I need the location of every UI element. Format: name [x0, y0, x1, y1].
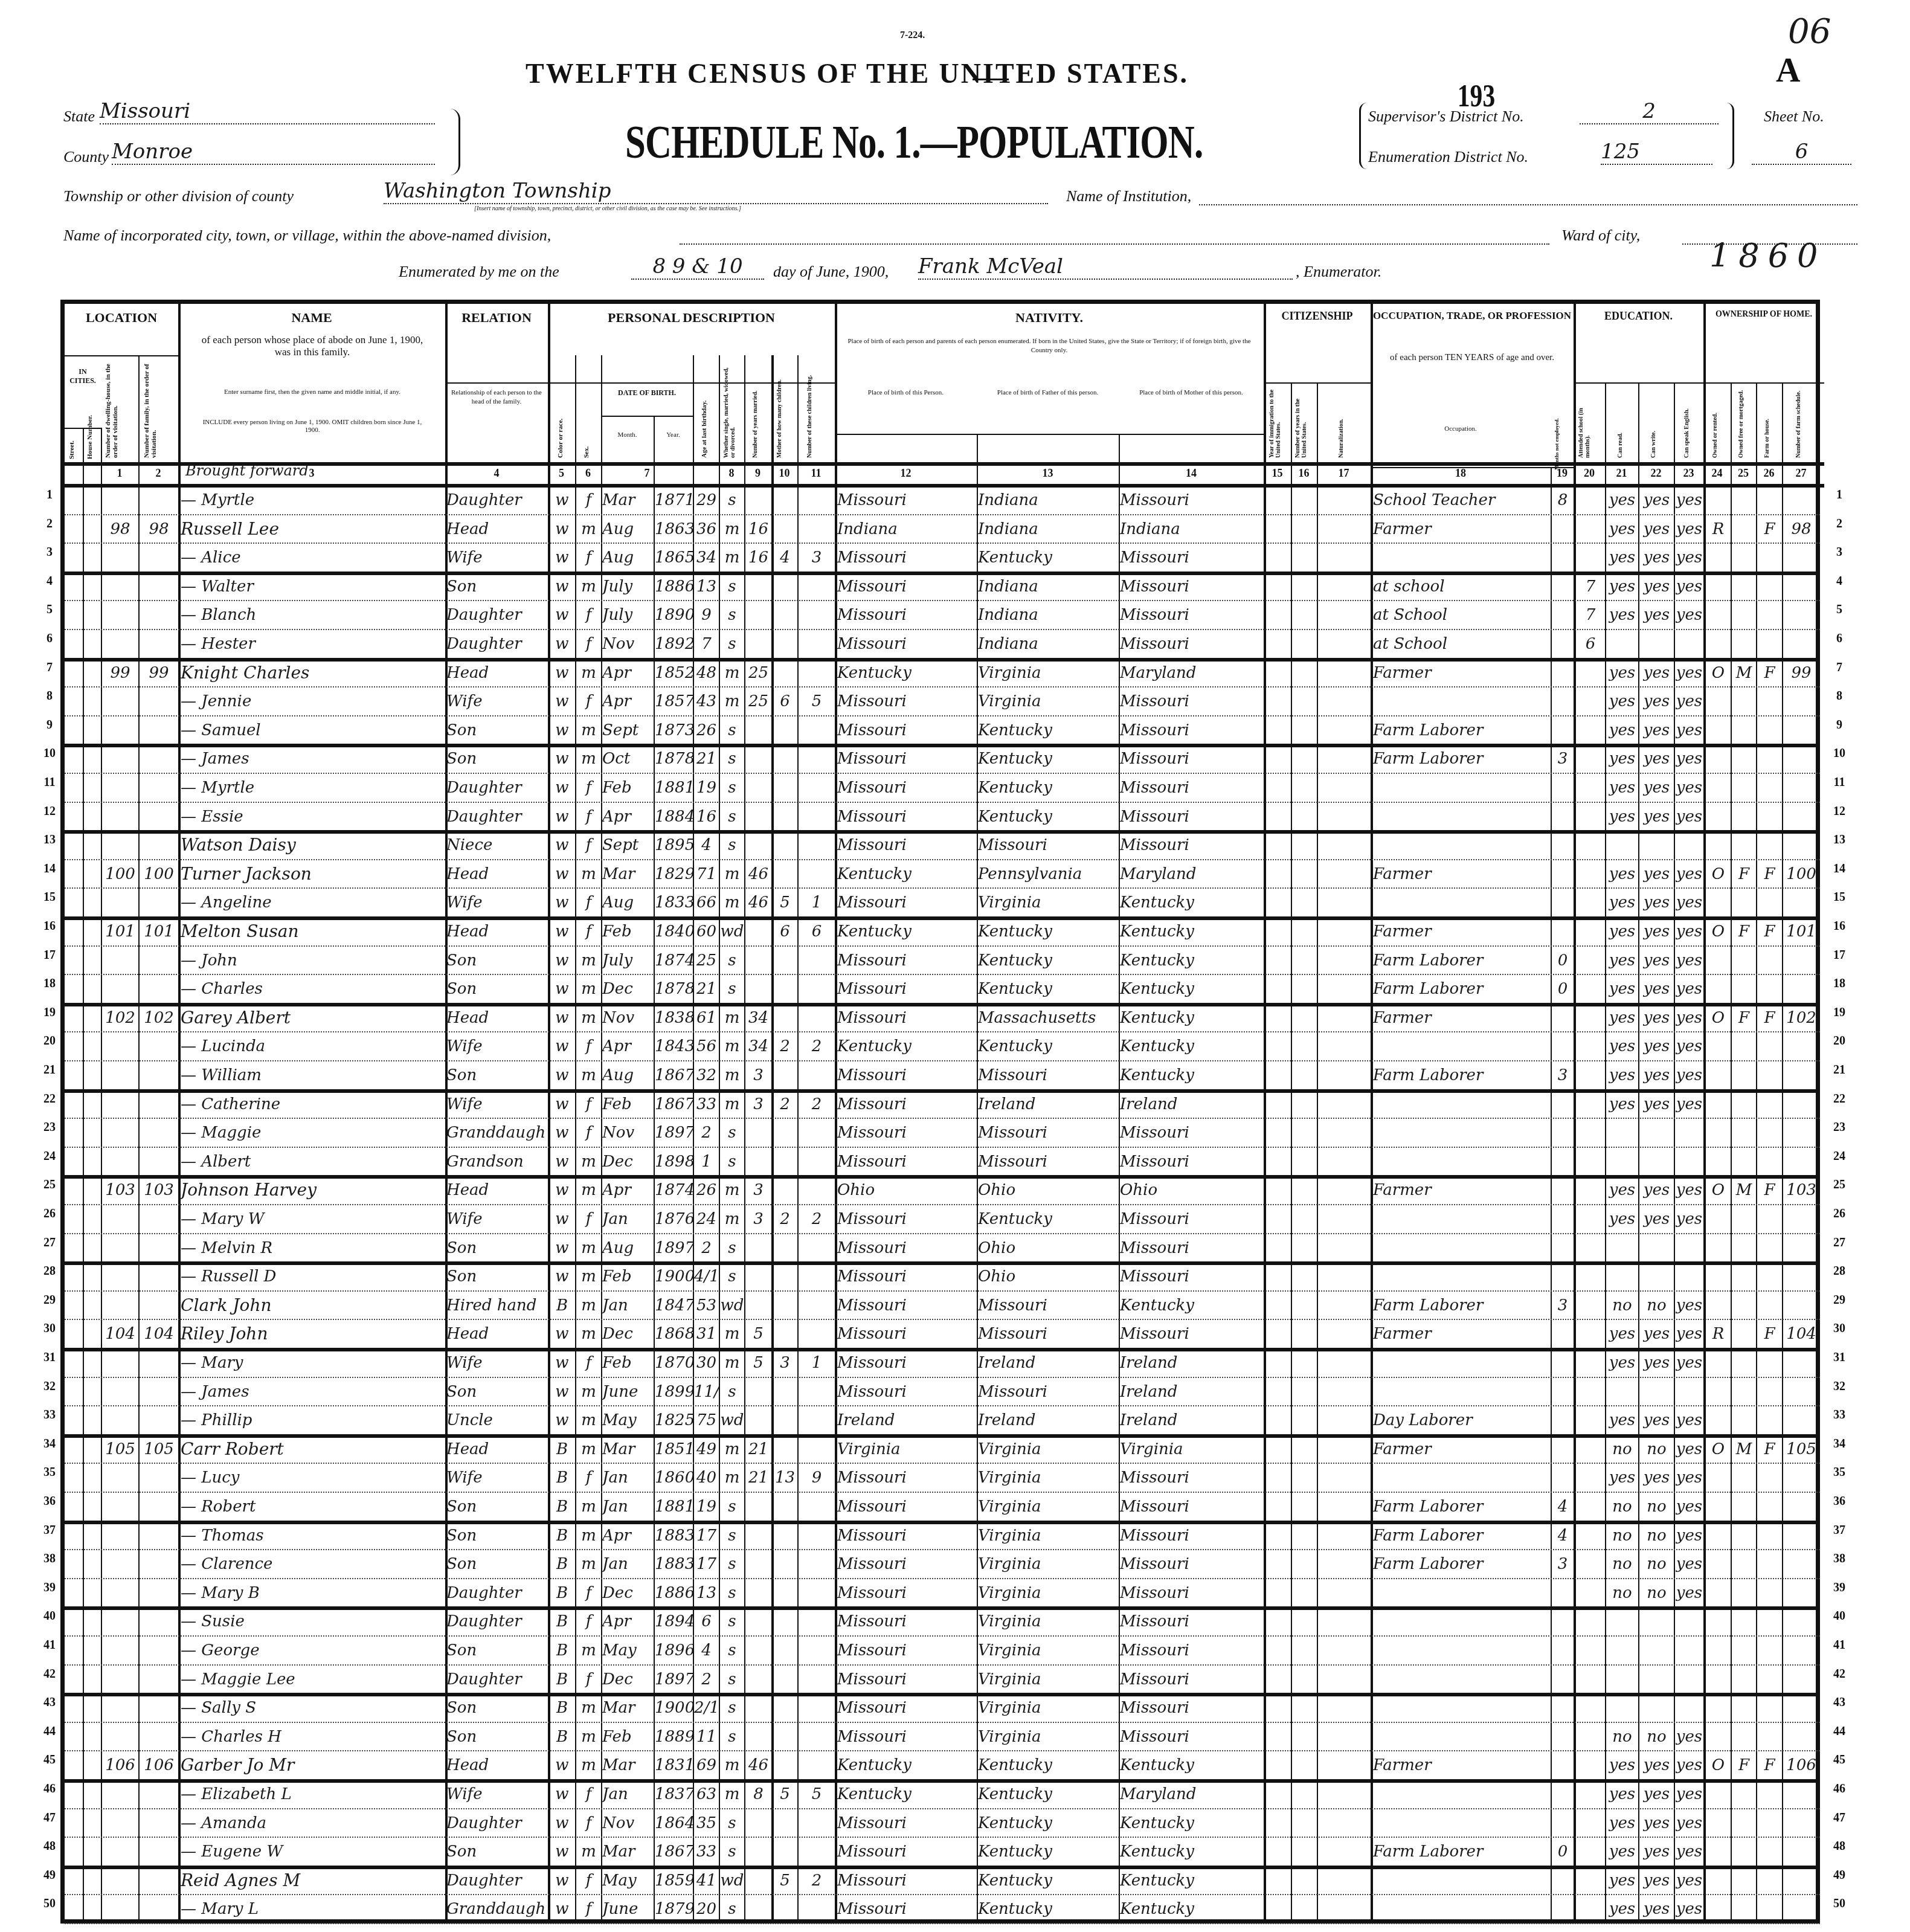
marital-status: s: [720, 949, 744, 973]
family-number: [140, 1208, 178, 1232]
free-mortgaged: [1732, 719, 1756, 743]
color-race: w: [549, 1409, 575, 1433]
sex: f: [576, 834, 601, 858]
can-write: yes: [1639, 1840, 1674, 1864]
birthplace-mother: Missouri: [1120, 1265, 1264, 1289]
column-number: 18: [1371, 467, 1551, 480]
carryover-note: Brought forward: [185, 462, 309, 479]
farm-house: [1757, 1409, 1782, 1433]
birth-year: 1871: [655, 489, 693, 513]
months-not-employed: [1552, 1237, 1574, 1261]
age: 4: [694, 1639, 719, 1663]
table-row: — HesterDaughterwfNov18927sMissouriIndia…: [65, 629, 1816, 658]
marital-status: m: [720, 1006, 744, 1031]
birthplace-father: Virginia: [978, 1495, 1119, 1519]
attended-school: [1576, 1179, 1605, 1203]
can-read: yes: [1606, 489, 1638, 513]
birthplace-father: Kentucky: [978, 1783, 1119, 1807]
dwelling-number-heading: Number of dwelling-house, in the order o…: [105, 361, 135, 458]
farm-schedule-number: 105: [1783, 1438, 1819, 1462]
person-name: — Lucy: [181, 1466, 444, 1490]
group-in-cities: IN CITIES.: [65, 367, 101, 385]
sex: m: [576, 1237, 601, 1261]
family-number: [140, 1812, 178, 1836]
mother-of-children: [773, 1006, 797, 1031]
line-number: 48: [37, 1840, 62, 1853]
color-race: w: [549, 1064, 575, 1088]
birthplace-person: Missouri: [837, 891, 977, 915]
header-rule: [65, 428, 101, 429]
attended-school: [1576, 1524, 1605, 1548]
state-field: State Missouri: [63, 108, 441, 126]
birth-month: Apr: [602, 805, 654, 829]
birthplace-father: Kentucky: [978, 747, 1119, 771]
table-row: Watson DaisyNiecewfSept18954sMissouriMis…: [65, 830, 1816, 859]
birth-year: 1847: [655, 1294, 693, 1318]
can-read: [1606, 1668, 1638, 1692]
can-read: [1606, 1150, 1638, 1174]
birth-year: 1879: [655, 1898, 693, 1922]
line-number: 25: [1827, 1178, 1851, 1192]
birth-month: Feb: [602, 1351, 654, 1376]
color-race: B: [549, 1495, 575, 1519]
line-number: 49: [1827, 1869, 1851, 1882]
line-number: 21: [37, 1063, 62, 1077]
occupation: [1373, 1237, 1551, 1261]
dwelling-number: 106: [102, 1754, 138, 1778]
can-speak-english: yes: [1675, 1840, 1703, 1864]
marital-status: s: [720, 1725, 744, 1750]
relation: Daughter: [446, 604, 547, 628]
line-number: 29: [1827, 1293, 1851, 1307]
children-living: 5: [799, 1783, 835, 1807]
person-name: — Hester: [181, 633, 444, 657]
table-row: — Melvin RSonwmAug18972sMissouriOhioMiss…: [65, 1233, 1816, 1262]
farm-house: [1757, 546, 1782, 570]
line-number: 4: [1827, 575, 1851, 588]
column-number: 23: [1674, 467, 1703, 480]
can-read: yes: [1606, 546, 1638, 570]
person-name: — William: [181, 1064, 444, 1088]
line-number: 48: [1827, 1840, 1851, 1853]
table-row: — JamesSonwmJune189911/12sMissouriMissou…: [65, 1377, 1816, 1406]
table-row: — CatherineWifewfFeb186733m322MissouriIr…: [65, 1089, 1816, 1118]
occupation: Farm Laborer: [1373, 1495, 1551, 1519]
family-number: [140, 1582, 178, 1606]
dwelling-number: [102, 1696, 138, 1721]
color-race: w: [549, 863, 575, 887]
months-not-employed: [1552, 1639, 1574, 1663]
months-not-employed: [1552, 1898, 1574, 1922]
age: 61: [694, 1006, 719, 1031]
birthplace-mother: Missouri: [1120, 1208, 1264, 1232]
can-read: yes: [1606, 747, 1638, 771]
can-write: yes: [1639, 719, 1674, 743]
birth-month: Apr: [602, 1610, 654, 1634]
birthplace-father: Missouri: [978, 1064, 1119, 1088]
occupation: [1373, 1725, 1551, 1750]
birthplace-father: Kentucky: [978, 805, 1119, 829]
marital-status: s: [720, 633, 744, 657]
months-not-employed: 4: [1552, 1495, 1574, 1519]
marital-status: m: [720, 1208, 744, 1232]
column-number: 19: [1551, 467, 1574, 480]
dwelling-number: 100: [102, 863, 138, 887]
occupation: Farm Laborer: [1373, 747, 1551, 771]
months-not-employed: [1552, 1582, 1574, 1606]
birthplace-person: Missouri: [837, 690, 977, 714]
owned-rented: [1706, 690, 1731, 714]
sex-heading: Sex.: [583, 437, 590, 458]
birthplace-mother: Missouri: [1120, 719, 1264, 743]
birthplace-father: Virginia: [978, 1524, 1119, 1548]
mother-of-children: 2: [773, 1035, 797, 1059]
family-number: [140, 1093, 178, 1117]
sex: f: [576, 1898, 601, 1922]
years-married: 25: [745, 662, 771, 686]
birthplace-father: Ireland: [978, 1351, 1119, 1376]
family-number: [140, 891, 178, 915]
color-race: B: [549, 1668, 575, 1692]
can-write: yes: [1639, 891, 1674, 915]
city-row: Name of incorporated city, town, or vill…: [63, 227, 1857, 245]
can-read: [1606, 1265, 1638, 1289]
occupation: [1373, 546, 1551, 570]
years-married: [745, 1121, 771, 1145]
column-number: 26: [1756, 467, 1782, 480]
farm-house: F: [1757, 1754, 1782, 1778]
color-race: B: [549, 1524, 575, 1548]
owned-rented: [1706, 891, 1731, 915]
occupation: [1373, 1121, 1551, 1145]
months-not-employed: [1552, 518, 1574, 542]
attended-school: [1576, 1380, 1605, 1405]
occupation: Farmer: [1373, 1322, 1551, 1347]
color-race: B: [549, 1582, 575, 1606]
line-number: 4: [37, 575, 62, 588]
birthplace-father: Kentucky: [978, 719, 1119, 743]
birth-year: 1829: [655, 863, 693, 887]
line-number: 16: [37, 919, 62, 933]
line-number: 45: [1827, 1753, 1851, 1767]
children-living: [799, 863, 835, 887]
can-speak-english: [1675, 1150, 1703, 1174]
table-row: — Russell DSonwmFeb19004/12sMissouriOhio…: [65, 1261, 1816, 1290]
birthplace-father: Kentucky: [978, 1812, 1119, 1836]
color-race: w: [549, 1150, 575, 1174]
age: 21: [694, 977, 719, 1002]
enumerator-name: Frank McVeal: [918, 254, 1293, 280]
can-read: no: [1606, 1553, 1638, 1577]
farm-schedule-number: [1783, 546, 1819, 570]
mother-of-children: [773, 747, 797, 771]
sex: f: [576, 1869, 601, 1893]
family-number: [140, 1380, 178, 1405]
attended-school: [1576, 977, 1605, 1002]
line-number: 46: [37, 1782, 62, 1796]
person-name: — Clarence: [181, 1553, 444, 1577]
birthplace-father: Kentucky: [978, 920, 1119, 944]
supervisor-value: 2: [1580, 99, 1719, 124]
children-living: 3: [799, 546, 835, 570]
birthplace-person: Missouri: [837, 1294, 977, 1318]
birth-month: Dec: [602, 1150, 654, 1174]
children-living: [799, 1696, 835, 1721]
mother-of-children: 13: [773, 1466, 797, 1490]
relation: Daughter: [446, 633, 547, 657]
column-number: 5: [548, 467, 575, 480]
enumerated-day: 8 9 & 10: [631, 254, 764, 280]
sex: f: [576, 690, 601, 714]
years-married: 21: [745, 1466, 771, 1490]
attended-school: [1576, 1668, 1605, 1692]
children-living: [799, 1553, 835, 1577]
person-name: — Angeline: [181, 891, 444, 915]
can-write: yes: [1639, 1409, 1674, 1433]
birth-month: Sept: [602, 834, 654, 858]
attended-school: [1576, 1898, 1605, 1922]
age: 43: [694, 690, 719, 714]
color-race: w: [549, 1869, 575, 1893]
mother-of-children: [773, 604, 797, 628]
birth-year: 1860: [655, 1466, 693, 1490]
birthplace-person: Missouri: [837, 1812, 977, 1836]
mother-of-children: [773, 518, 797, 542]
relation: Head: [446, 662, 547, 686]
table-row: — AlbertGrandsonwmDec18981sMissouriMisso…: [65, 1147, 1816, 1176]
birthplace-mother: Missouri: [1120, 1668, 1264, 1692]
years-married: [745, 489, 771, 513]
years-married: [745, 575, 771, 599]
birth-year: 1852: [655, 662, 693, 686]
line-number: 22: [37, 1092, 62, 1106]
years-married-heading: Number of years married.: [752, 361, 759, 458]
mother-of-children: [773, 662, 797, 686]
owned-rented: [1706, 1409, 1731, 1433]
age: 17: [694, 1524, 719, 1548]
can-speak-english: yes: [1675, 1006, 1703, 1031]
sex: m: [576, 1380, 601, 1405]
years-married: 5: [745, 1351, 771, 1376]
person-name: Turner Jackson: [181, 863, 444, 887]
can-read: yes: [1606, 575, 1638, 599]
birthplace-person: Missouri: [837, 1553, 977, 1577]
owned-rented: [1706, 1639, 1731, 1663]
color-race: w: [549, 1035, 575, 1059]
sex: m: [576, 949, 601, 973]
attended-school: [1576, 834, 1605, 858]
relation: Daughter: [446, 489, 547, 513]
free-mortgaged: [1732, 633, 1756, 657]
farm-house: [1757, 1466, 1782, 1490]
years-married: 3: [745, 1208, 771, 1232]
table-row: 101101Melton SusanHeadwfFeb184060wd66Ken…: [65, 916, 1816, 945]
birthplace-person: Missouri: [837, 1064, 977, 1088]
birthplace-father: Indiana: [978, 518, 1119, 542]
dwelling-number: [102, 1380, 138, 1405]
mother-of-children: [773, 1322, 797, 1347]
farm-schedule-number: 100: [1783, 863, 1819, 887]
free-mortgaged: [1732, 690, 1756, 714]
years-married: [745, 1840, 771, 1864]
marital-status: s: [720, 1840, 744, 1864]
color-race: w: [549, 949, 575, 973]
can-write: no: [1639, 1524, 1674, 1548]
occupation: [1373, 805, 1551, 829]
age: 49: [694, 1438, 719, 1462]
children-living: [799, 1524, 835, 1548]
family-number: 104: [140, 1322, 178, 1347]
birthplace-person: Ireland: [837, 1409, 977, 1433]
occupation: [1373, 1668, 1551, 1692]
can-write: no: [1639, 1294, 1674, 1318]
marital-status: s: [720, 1265, 744, 1289]
can-read: yes: [1606, 1208, 1638, 1232]
marital-heading: Whether single, married, widowed, or div…: [723, 361, 741, 458]
family-number: [140, 1294, 178, 1318]
years-married: [745, 1898, 771, 1922]
owned-rented: [1706, 1466, 1731, 1490]
district-brace-left: [1359, 103, 1367, 169]
birthplace-mother: Ireland: [1120, 1093, 1264, 1117]
color-race: w: [549, 1898, 575, 1922]
enumerator-suffix: , Enumerator.: [1296, 263, 1381, 281]
birthplace-father: Missouri: [978, 1380, 1119, 1405]
age: 30: [694, 1351, 719, 1376]
person-name: — Charles H: [181, 1725, 444, 1750]
can-speak-english: yes: [1675, 1208, 1703, 1232]
mother-of-children: [773, 489, 797, 513]
free-mortgaged: [1732, 1582, 1756, 1606]
family-number: [140, 977, 178, 1002]
family-number: [140, 1668, 178, 1692]
relation: Wife: [446, 1208, 547, 1232]
column-number: 25: [1731, 467, 1756, 480]
birthplace-mother: Missouri: [1120, 1322, 1264, 1347]
table-row: — WalterSonwmJuly188613sMissouriIndianaM…: [65, 572, 1816, 601]
line-number: 14: [37, 862, 62, 876]
color-race: w: [549, 1322, 575, 1347]
sex: f: [576, 920, 601, 944]
color-race: w: [549, 1208, 575, 1232]
farm-house: F: [1757, 518, 1782, 542]
months-not-employed: [1552, 1754, 1574, 1778]
attended-school: [1576, 1725, 1605, 1750]
table-row: — Maggie LeeDaughterBfDec18972sMissouriV…: [65, 1664, 1816, 1693]
owned-rented: [1706, 1696, 1731, 1721]
age: 9: [694, 604, 719, 628]
column-number: 16: [1291, 467, 1317, 480]
table-row: — Elizabeth LWifewfJan183763m855Kentucky…: [65, 1779, 1816, 1808]
line-number: 10: [1827, 747, 1851, 761]
birth-year: 1876: [655, 1208, 693, 1232]
occupation: [1373, 1696, 1551, 1721]
farm-schedule-number: [1783, 1696, 1819, 1721]
attended-school: 7: [1576, 604, 1605, 628]
line-number: 13: [1827, 833, 1851, 847]
column-number: 7: [601, 467, 693, 480]
birthplace-mother: Missouri: [1120, 1466, 1264, 1490]
years-married: [745, 719, 771, 743]
relation: Daughter: [446, 805, 547, 829]
owned-rented: [1706, 949, 1731, 973]
birthplace-person: Kentucky: [837, 1035, 977, 1059]
marital-status: s: [720, 1150, 744, 1174]
birthplace-person: Virginia: [837, 1438, 977, 1462]
age: 63: [694, 1783, 719, 1807]
attended-school-heading: Attended school (in months).: [1578, 388, 1602, 458]
dwelling-number: 103: [102, 1179, 138, 1203]
person-name: — Lucinda: [181, 1035, 444, 1059]
marital-status: m: [720, 1783, 744, 1807]
children-living: [799, 719, 835, 743]
can-write: [1639, 633, 1674, 657]
years-married: 46: [745, 891, 771, 915]
person-name: — George: [181, 1639, 444, 1663]
person-name: Johnson Harvey: [181, 1179, 444, 1203]
line-number: 12: [37, 805, 62, 819]
birth-month: July: [602, 575, 654, 599]
years-married: [745, 1409, 771, 1433]
farm-schedule-number: 106: [1783, 1754, 1819, 1778]
can-read: yes: [1606, 1869, 1638, 1893]
occupation: [1373, 1380, 1551, 1405]
table-row: 9999Knight CharlesHeadwmApr185248m25Kent…: [65, 658, 1816, 687]
attended-school: [1576, 1696, 1605, 1721]
dwelling-number: [102, 1524, 138, 1548]
sex: f: [576, 633, 601, 657]
owned-rented: [1706, 1610, 1731, 1634]
can-read: no: [1606, 1438, 1638, 1462]
family-number: [140, 805, 178, 829]
children-living: [799, 1179, 835, 1203]
table-row: — EssieDaughterwfApr188416sMissouriKentu…: [65, 802, 1816, 831]
can-speak-english: yes: [1675, 920, 1703, 944]
relation: Wife: [446, 891, 547, 915]
free-mortgaged: F: [1732, 863, 1756, 887]
occupation: [1373, 1582, 1551, 1606]
birthplace-father: Ohio: [978, 1265, 1119, 1289]
farm-house: [1757, 776, 1782, 800]
dwelling-number: [102, 949, 138, 973]
birthplace-mother: Kentucky: [1120, 1898, 1264, 1922]
age: 6: [694, 1610, 719, 1634]
table-row: — Eugene WSonwmMar186733sMissouriKentuck…: [65, 1837, 1816, 1866]
family-number: 106: [140, 1754, 178, 1778]
line-number: 34: [1827, 1437, 1851, 1451]
occupation: Farm Laborer: [1373, 1294, 1551, 1318]
state-label: State: [63, 108, 95, 125]
free-mortgaged: [1732, 1409, 1756, 1433]
owned-rented: [1706, 1093, 1731, 1117]
can-write: [1639, 1150, 1674, 1174]
dwelling-number: [102, 633, 138, 657]
years-married: 8: [745, 1783, 771, 1807]
years-married: [745, 1524, 771, 1548]
line-number: 5: [1827, 603, 1851, 617]
line-number: 50: [1827, 1897, 1851, 1911]
can-write: [1639, 1610, 1674, 1634]
person-name: — Albert: [181, 1150, 444, 1174]
age: 13: [694, 1582, 719, 1606]
occupation: [1373, 1812, 1551, 1836]
mother-of-children: [773, 1840, 797, 1864]
farm-house: [1757, 1696, 1782, 1721]
sex: f: [576, 891, 601, 915]
family-number: 103: [140, 1179, 178, 1203]
group-education: EDUCATION.: [1574, 310, 1703, 323]
person-name: Watson Daisy: [181, 834, 444, 858]
